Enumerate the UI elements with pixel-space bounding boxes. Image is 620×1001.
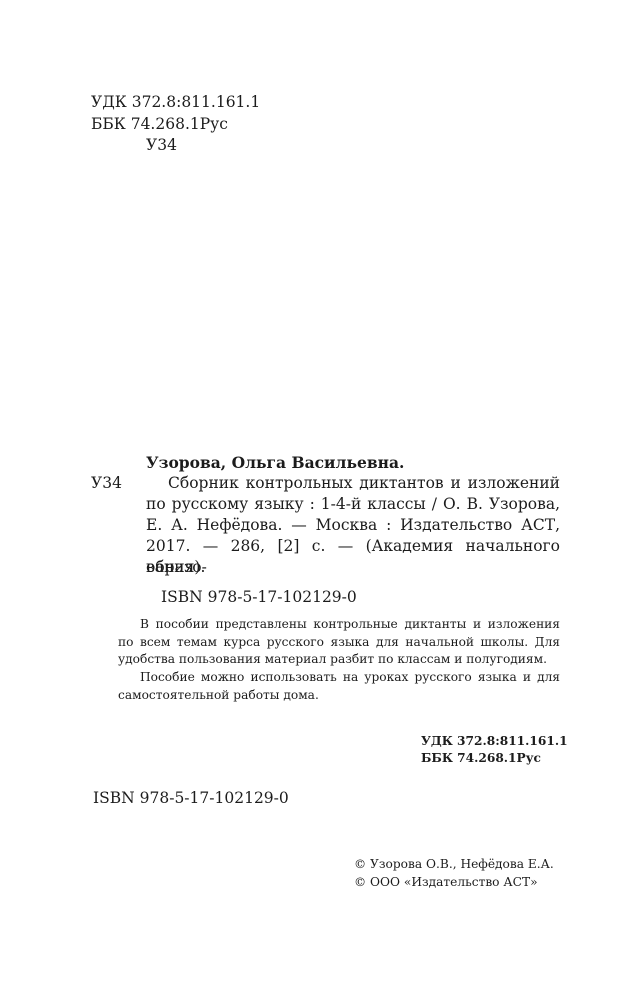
udk-code: УДК 372.8:811.161.1 <box>421 733 568 750</box>
annotation-line: по всем темам курса русского языка для н… <box>118 634 560 652</box>
entry-line: по русскому языку : 1-4-й классы / О. В.… <box>146 494 560 515</box>
annotation-line: Пособие можно использовать на уроках рус… <box>118 669 560 687</box>
entry-line: Сборник контрольных диктантов и изложени… <box>146 473 560 494</box>
entry-line: 2017. — 286, [2] с. — (Академия начально… <box>146 536 560 557</box>
entry-line: Е. А. Нефёдова. — Москва : Издательство … <box>146 515 560 536</box>
bbk-code: ББК 74.268.1Рус <box>421 750 568 767</box>
isbn-bottom: ISBN 978-5-17-102129-0 <box>93 788 289 809</box>
catalog-author-mark: У34 <box>91 473 122 494</box>
catalog-entry: Узорова, Ольга Васильевна. Сборник контр… <box>146 452 560 578</box>
annotation-block: В пособии представлены контрольные дикта… <box>118 616 560 704</box>
copyright-publisher: © ООО «Издательство АСТ» <box>354 874 554 892</box>
bottom-classification-block: УДК 372.8:811.161.1 ББК 74.268.1Рус <box>421 733 568 767</box>
author-heading: Узорова, Ольга Васильевна. <box>146 452 560 473</box>
top-classification-block: УДК 372.8:811.161.1 ББК 74.268.1Рус У34 <box>91 92 260 157</box>
udk-code: УДК 372.8:811.161.1 <box>91 92 260 114</box>
copyright-block: © Узорова О.В., Нефёдова Е.А. © ООО «Изд… <box>354 856 554 892</box>
entry-line: вания). <box>146 557 560 578</box>
annotation-line: удобства пользования материал разбит по … <box>118 651 560 669</box>
author-mark: У34 <box>91 135 260 157</box>
copyright-authors: © Узорова О.В., Нефёдова Е.А. <box>354 856 554 874</box>
annotation-line: В пособии представлены контрольные дикта… <box>118 616 560 634</box>
entry-isbn: ISBN 978-5-17-102129-0 <box>161 587 357 608</box>
annotation-line: самостоятельной работы дома. <box>118 687 560 705</box>
bbk-code: ББК 74.268.1Рус <box>91 114 260 136</box>
